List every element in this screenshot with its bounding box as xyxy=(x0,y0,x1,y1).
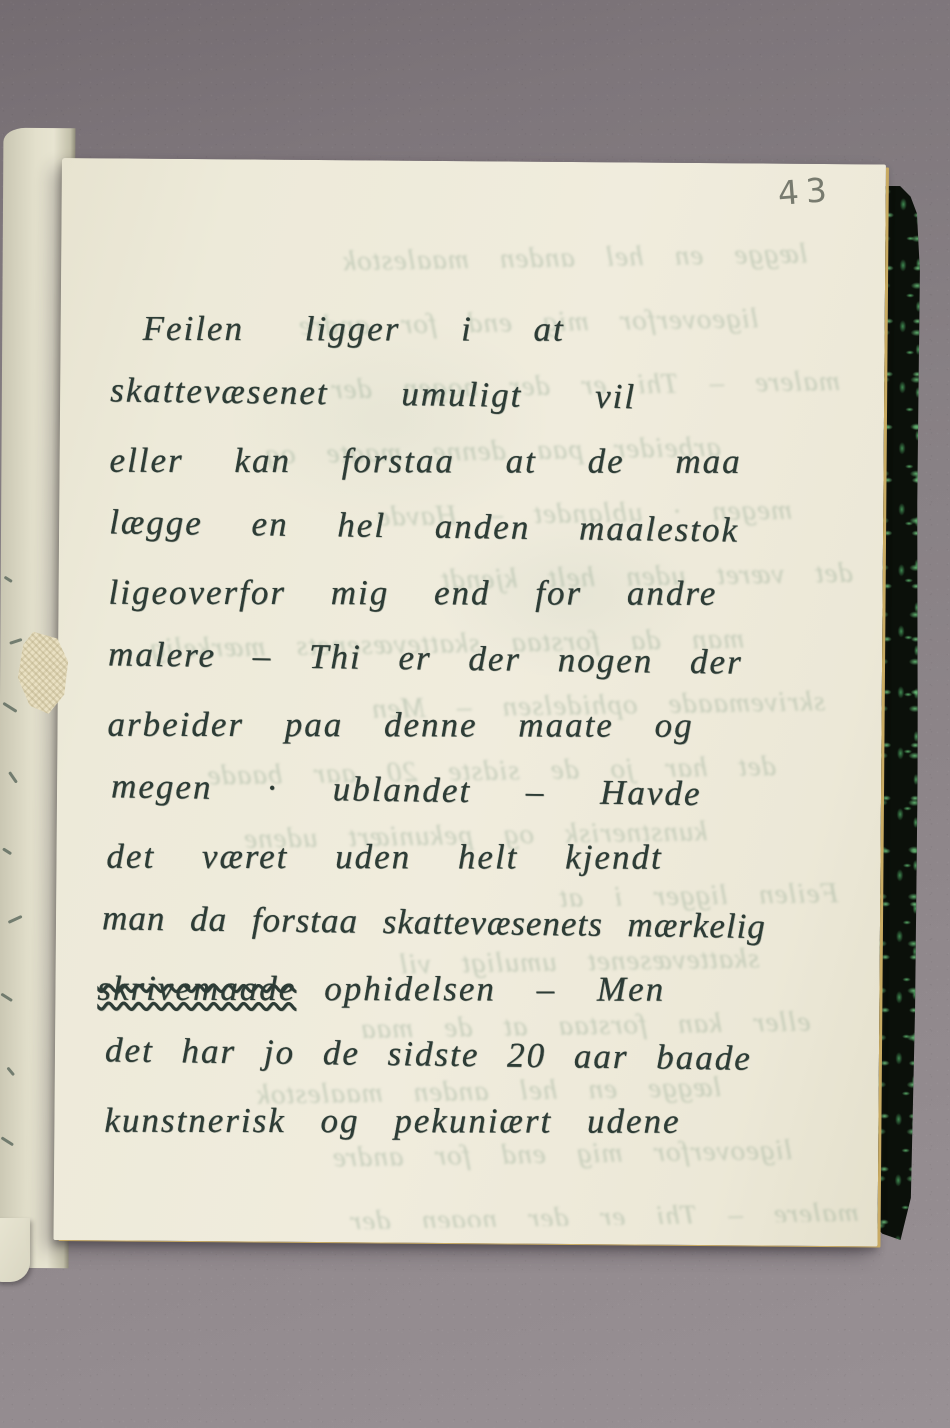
photo-backdrop: 43 lægge en hel anden maalestokligeoverf… xyxy=(0,0,950,1428)
ink-mark xyxy=(9,638,22,645)
ink-mark xyxy=(6,1067,15,1077)
ink-mark xyxy=(4,576,13,583)
ink-mark xyxy=(8,915,23,924)
handwriting-line: det været uden helt kjendt xyxy=(106,837,880,904)
ink-mark xyxy=(8,771,18,783)
page-curl xyxy=(0,1218,30,1282)
handwriting-line: eller kan forstaa at de maa xyxy=(109,441,883,508)
notebook-page: 43 lægge en hel anden maalestokligeoverf… xyxy=(54,158,886,1246)
handwriting-line: skattevæsenet umuligt vil xyxy=(110,370,885,446)
ink-mark xyxy=(1,1136,14,1146)
handwriting-line: malere – Thi er der nogen der xyxy=(108,634,883,710)
handwriting-line: megen · ublandet – Havde xyxy=(111,766,882,842)
handwriting-line: Feilen ligger i at xyxy=(143,309,885,376)
handwriting-line: skrivemaadeophidelsen – Men xyxy=(97,969,879,1036)
page-number: 43 xyxy=(776,170,835,213)
handwriting-block: Feilen ligger i at skattevæsenet umuligt… xyxy=(54,306,885,1170)
handwriting-line: lægge en hel anden maalestok xyxy=(109,502,884,578)
ink-mark xyxy=(2,702,17,713)
handwriting-line-rest: ophidelsen – Men xyxy=(324,969,665,1009)
struck-word: skrivemaade xyxy=(97,969,296,1008)
handwriting-line: ligeoverfor mig end for andre xyxy=(108,573,882,640)
handwriting-line: man da forstaa skattevæsenets mærkelig xyxy=(102,898,881,974)
handwriting-line: kunstnerisk og pekuniært udene xyxy=(104,1101,878,1168)
handwriting-line: det har jo de sidste 20 aar baade xyxy=(104,1030,879,1106)
ink-mark xyxy=(2,847,12,855)
ink-mark xyxy=(0,993,13,1002)
handwriting-line: arbeider paa denne maate og xyxy=(107,705,881,772)
